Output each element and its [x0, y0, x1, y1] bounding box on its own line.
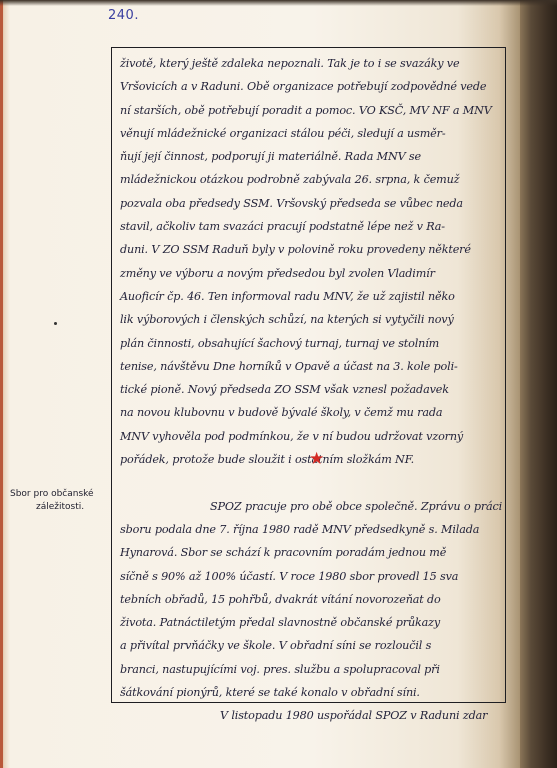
- text-line: životě, který ještě zdaleka nepoznali. T…: [120, 52, 505, 75]
- ink-dot: [54, 322, 57, 325]
- margin-note-line: záležitosti.: [10, 501, 105, 514]
- text-line: MNV vyhověla pod podmínkou, že v ní budo…: [120, 425, 505, 448]
- text-line: a přivítal prvňáčky ve škole. V obřadní …: [120, 634, 505, 657]
- page-number: 240.: [108, 8, 139, 23]
- text-line: branci, nastupujícími voj. pres. službu …: [120, 658, 505, 681]
- red-star-icon: ★: [309, 451, 324, 468]
- text-line: stavil, ačkoliv tam svazáci pracují pods…: [120, 215, 505, 238]
- section-spacer: [120, 471, 505, 494]
- text-line: tenise, návštěvu Dne horníků v Opavě a ú…: [120, 355, 505, 378]
- text-line: na novou klubovnu v budově bývalé školy,…: [120, 401, 505, 424]
- text-line: plán činnosti, obsahující šachový turnaj…: [120, 332, 505, 355]
- text-line: mládežnickou otázkou podrobně zabývala 2…: [120, 168, 505, 191]
- text-line: věnují mládežnické organizaci stálou péč…: [120, 122, 505, 145]
- text-line: Auoficír čp. 46. Ten informoval radu MNV…: [120, 285, 505, 308]
- text-line: Hynarová. Sbor se schází k pracovním por…: [120, 541, 505, 564]
- text-line: tebních obřadů, 15 pohřbů, dvakrát vítán…: [120, 588, 505, 611]
- text-line: změny ve výboru a novým předsedou byl zv…: [120, 262, 505, 285]
- text-line: lik výborových i členských schůzí, na kt…: [120, 308, 505, 331]
- text-line: šátkování pionýrů, které se také konalo …: [120, 681, 505, 704]
- margin-note-line: Sbor pro občanské: [10, 488, 105, 501]
- chronicle-text: životě, který ještě zdaleka nepoznali. T…: [120, 52, 505, 728]
- book-spine: [520, 0, 557, 768]
- text-line: sboru podala dne 7. října 1980 radě MNV …: [120, 518, 505, 541]
- text-line: duni. V ZO SSM Raduň byly v polovině rok…: [120, 238, 505, 261]
- margin-note: Sbor pro občanské záležitosti.: [10, 488, 105, 514]
- text-line: Vršovicích a v Raduni. Obě organizace po…: [120, 75, 505, 98]
- page-top-shadow: [0, 0, 557, 6]
- text-line: tické pioně. Nový předseda ZO SSM však v…: [120, 378, 505, 401]
- text-line: síčně s 90% až 100% účastí. V roce 1980 …: [120, 565, 505, 588]
- text-line: V listopadu 1980 uspořádal SPOZ v Raduni…: [120, 704, 505, 727]
- text-line: života. Patnáctiletým předal slavnostně …: [120, 611, 505, 634]
- text-line: ní starších, obě potřebují poradit a pom…: [120, 99, 505, 122]
- section-heading-line: SPOZ pracuje pro obě obce společně. Zprá…: [120, 495, 505, 518]
- text-line: ňují její činnost, podporují ji materiál…: [120, 145, 505, 168]
- text-line: pozvala oba předsedy SSM. Vršovský předs…: [120, 192, 505, 215]
- page-left-edge: [0, 0, 3, 768]
